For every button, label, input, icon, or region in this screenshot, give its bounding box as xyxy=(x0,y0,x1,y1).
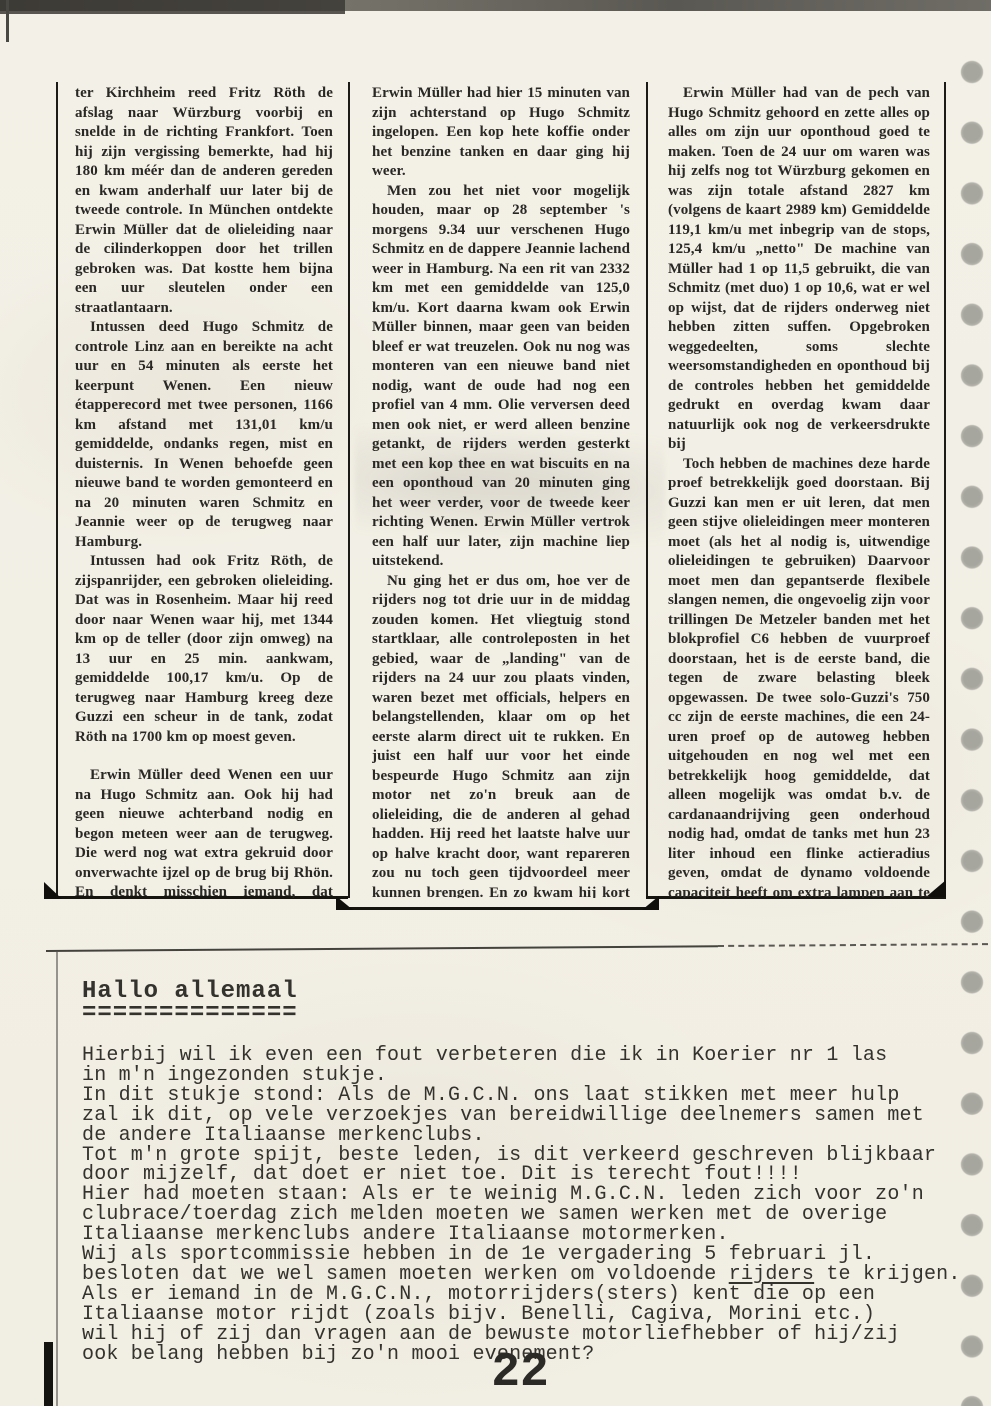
article-paragraph: ter Kirchheim reed Fritz Röth de afslag … xyxy=(75,84,333,318)
column-frame-right-rule xyxy=(944,82,946,898)
typed-line: Hier had moeten staan: Als er te weinig … xyxy=(82,1185,984,1205)
corner-mark-left xyxy=(44,882,62,899)
column-bottom-rule-2 xyxy=(348,907,648,910)
article-paragraph: Erwin Müller had van de pech van Hugo Sc… xyxy=(668,84,930,455)
scan-edge-bottom-left xyxy=(44,1342,53,1406)
article-paragraph: Men zou het niet voor mogelijk houden, m… xyxy=(372,182,630,572)
article-column-2: Erwin Müller had hier 15 minuten van zij… xyxy=(372,84,630,898)
typed-line: In dit stukje stond: Als de M.G.C.N. ons… xyxy=(82,1086,984,1106)
article-paragraph: Toch hebben de machines deze harde proef… xyxy=(668,455,930,899)
article-column-1: ter Kirchheim reed Fritz Röth de afslag … xyxy=(75,84,333,898)
typed-line: Wij als sportcommissie hebben in de 1e v… xyxy=(82,1245,984,1265)
typed-line: de andere Italiaanse merkenclubs. xyxy=(82,1126,984,1146)
article-paragraph: Erwin Müller deed Wenen een uur na Hugo … xyxy=(75,766,333,898)
page-number: 22 xyxy=(470,1348,570,1398)
typed-section-title-underline: ============== xyxy=(82,1002,298,1026)
typed-body: Hierbij wil ik even een fout verbeteren … xyxy=(82,1046,984,1365)
typed-line: clubrace/toerdag zich melden moeten we s… xyxy=(82,1205,984,1225)
scan-edge-top-left xyxy=(0,0,345,14)
article-paragraph: Nu ging het er dus om, hoe ver de rijder… xyxy=(372,572,630,899)
typed-line: Hierbij wil ik even een fout verbeteren … xyxy=(82,1046,984,1066)
typed-line: wil hij of zij dan vragen aan de bewuste… xyxy=(82,1325,984,1345)
typed-line: Tot m'n grote spijt, beste leden, is dit… xyxy=(82,1146,984,1166)
typed-line: in m'n ingezonden stukje. xyxy=(82,1066,984,1086)
typed-line: zal ik dit, op vele verzoekjes van berei… xyxy=(82,1106,984,1126)
typed-line: Italiaanse merkenclubs andere Italiaanse… xyxy=(82,1225,984,1245)
typed-section-left-rule xyxy=(56,952,58,1406)
column-divider-rule-1 xyxy=(348,82,350,898)
article-paragraph: Intussen deed Hugo Schmitz de controle L… xyxy=(75,318,333,552)
typed-line: door mijzelf, dat doet er niet toe. Dit … xyxy=(82,1165,984,1185)
article-column-3: Erwin Müller had van de pech van Hugo Sc… xyxy=(668,84,930,898)
article-paragraph: Intussen had ook Fritz Röth, de zijspanr… xyxy=(75,552,333,747)
typed-line: Als er iemand in de M.G.C.N., motorrijde… xyxy=(82,1285,984,1305)
typed-line: Italiaanse motor rijdt (zoals bijv. Bene… xyxy=(82,1305,984,1325)
article-paragraph: Erwin Müller had hier 15 minuten van zij… xyxy=(372,84,630,182)
scanned-magazine-page: ter Kirchheim reed Fritz Röth de afslag … xyxy=(0,0,991,1406)
column-divider-rule-2 xyxy=(646,82,648,898)
typed-line: besloten dat we wel samen moeten werken … xyxy=(82,1265,984,1285)
column-frame-left-rule xyxy=(56,82,58,898)
separator-line-solid xyxy=(46,945,718,952)
scan-edge-left xyxy=(6,0,9,42)
